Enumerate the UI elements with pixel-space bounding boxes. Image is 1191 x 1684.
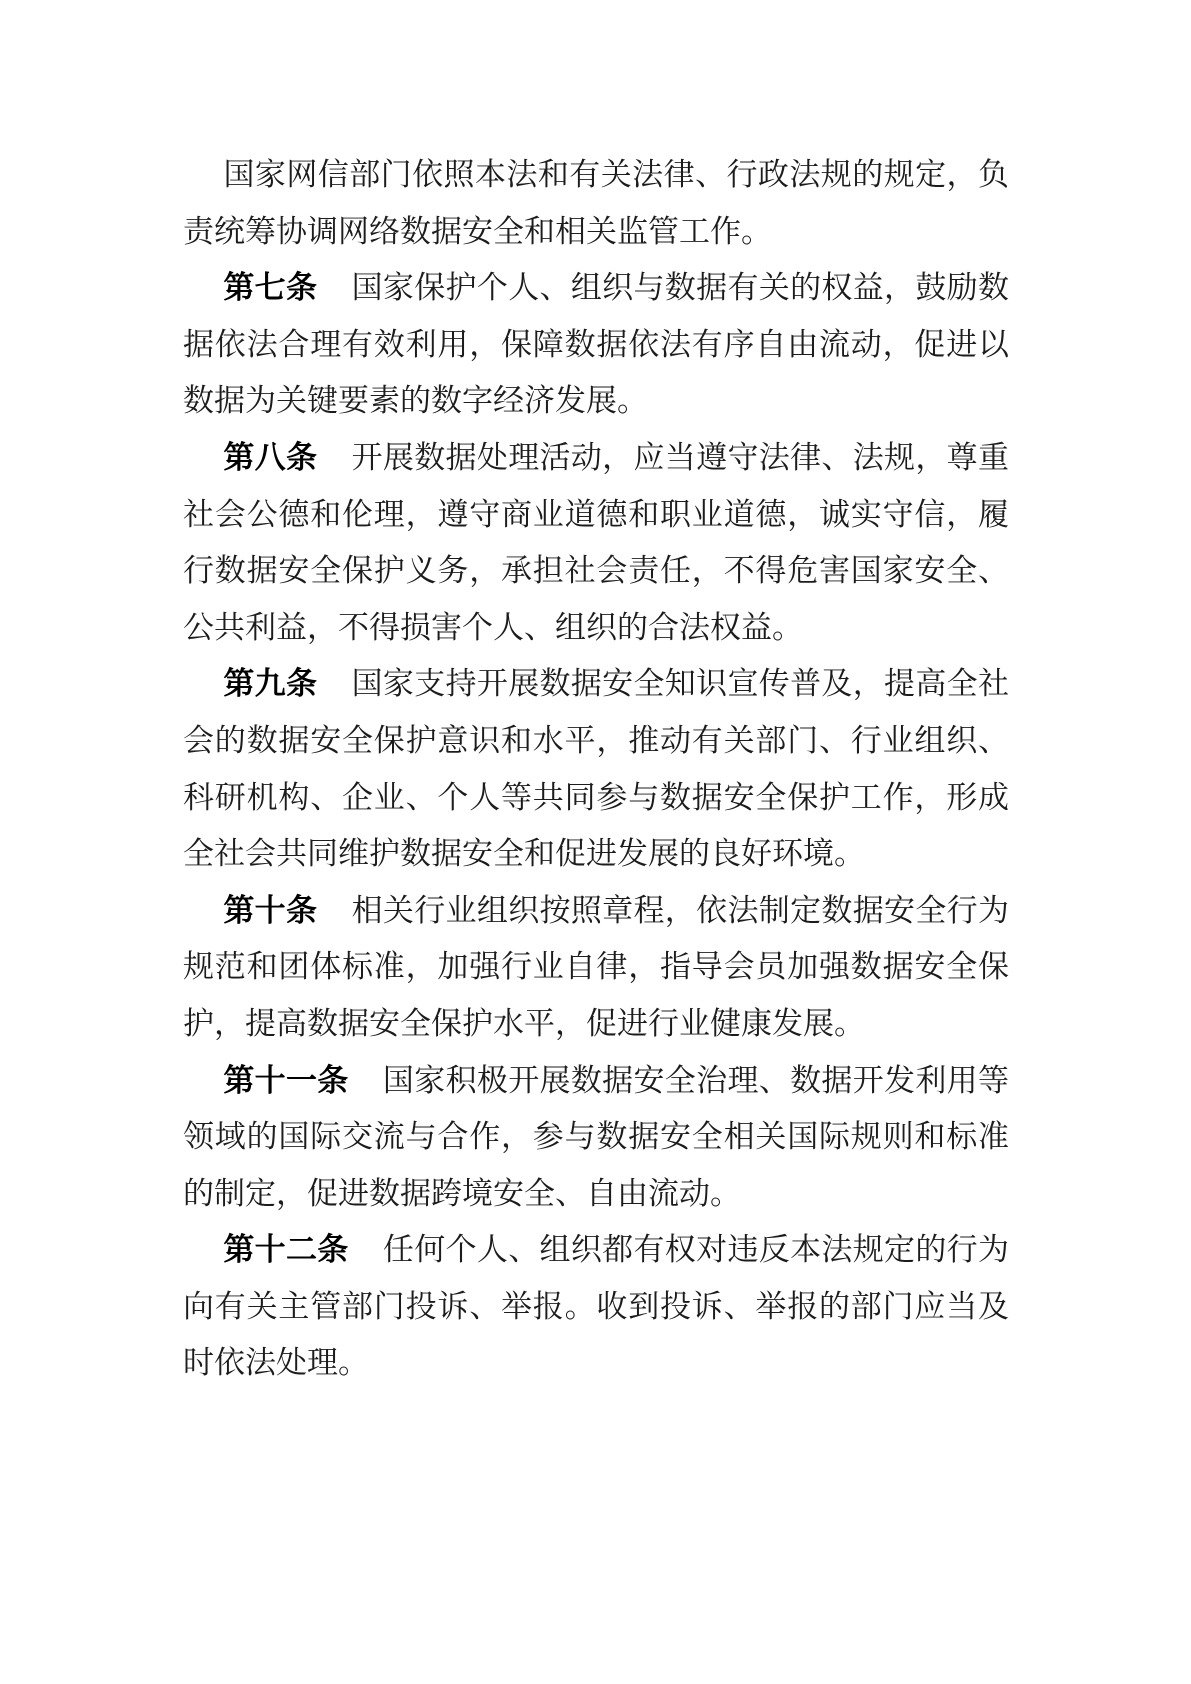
line-text: 护，提高数据安全保护水平，促进行业健康发展。 <box>183 1006 865 1041</box>
text-line: 国家网信部门依照本法和有关法律、行政法规的规定，负 <box>183 147 1009 204</box>
text-line: 向有关主管部门投诉、举报。收到投诉、举报的部门应当及 <box>183 1279 1009 1336</box>
text-line: 领域的国际交流与合作，参与数据安全相关国际规则和标准 <box>183 1109 1009 1166</box>
first-line-indent <box>183 920 223 921</box>
line-text: 科研机构、企业、个人等共同参与数据安全保护工作，形成 <box>183 780 1009 815</box>
line-text: 全社会共同维护数据安全和促进发展的良好环境。 <box>183 836 865 871</box>
line-text: 据依法合理有效利用，保障数据依法有序自由流动，促进以 <box>183 327 1009 362</box>
article-number: 第七条 <box>223 270 317 305</box>
text-line: 行数据安全保护义务，承担社会责任，不得危害国家安全、 <box>183 543 1009 600</box>
article-number-gap <box>349 1259 383 1260</box>
text-line: 公共利益，不得损害个人、组织的合法权益。 <box>183 600 1009 657</box>
text-line: 规范和团体标准，加强行业自律，指导会员加强数据安全保 <box>183 939 1009 996</box>
line-text: 数据为关键要素的数字经济发展。 <box>183 383 648 418</box>
line-text: 规范和团体标准，加强行业自律，指导会员加强数据安全保 <box>183 949 1009 984</box>
first-line-indent <box>183 184 223 185</box>
text-line: 第八条开展数据处理活动，应当遵守法律、法规，尊重 <box>183 430 1009 487</box>
text-line: 全社会共同维护数据安全和促进发展的良好环境。 <box>183 826 1009 883</box>
line-text: 国家网信部门依照本法和有关法律、行政法规的规定，负 <box>223 157 1009 192</box>
text-line: 据依法合理有效利用，保障数据依法有序自由流动，促进以 <box>183 317 1009 374</box>
article-number: 第九条 <box>223 666 317 701</box>
line-text: 时依法处理。 <box>183 1345 369 1380</box>
text-line: 会的数据安全保护意识和水平，推动有关部门、行业组织、 <box>183 713 1009 770</box>
first-line-indent <box>183 1259 223 1260</box>
first-line-indent <box>183 297 223 298</box>
line-text: 国家保护个人、组织与数据有关的权益，鼓励数 <box>351 270 1009 305</box>
line-text: 相关行业组织按照章程，依法制定数据安全行为 <box>351 893 1009 928</box>
text-line: 时依法处理。 <box>183 1335 1009 1392</box>
text-line: 科研机构、企业、个人等共同参与数据安全保护工作，形成 <box>183 770 1009 827</box>
article-number: 第八条 <box>223 440 317 475</box>
article-number-gap <box>317 467 351 468</box>
text-line: 的制定，促进数据跨境安全、自由流动。 <box>183 1166 1009 1223</box>
article-number: 第十二条 <box>223 1232 349 1267</box>
line-text: 会的数据安全保护意识和水平，推动有关部门、行业组织、 <box>183 723 1009 758</box>
line-text: 任何个人、组织都有权对违反本法规定的行为 <box>383 1232 1009 1267</box>
article-number-gap <box>317 920 351 921</box>
article-number-gap <box>317 693 351 694</box>
line-text: 国家支持开展数据安全知识宣传普及，提高全社 <box>351 666 1009 701</box>
text-line: 第九条国家支持开展数据安全知识宣传普及，提高全社 <box>183 656 1009 713</box>
line-text: 国家积极开展数据安全治理、数据开发利用等 <box>383 1063 1009 1098</box>
first-line-indent <box>183 693 223 694</box>
line-text: 开展数据处理活动，应当遵守法律、法规，尊重 <box>351 440 1009 475</box>
article-number: 第十条 <box>223 893 317 928</box>
article-number-gap <box>349 1090 383 1091</box>
line-text: 领域的国际交流与合作，参与数据安全相关国际规则和标准 <box>183 1119 1009 1154</box>
line-text: 公共利益，不得损害个人、组织的合法权益。 <box>183 610 803 645</box>
text-block: 国家网信部门依照本法和有关法律、行政法规的规定，负责统筹协调网络数据安全和相关监… <box>183 147 1009 1392</box>
document-page: 国家网信部门依照本法和有关法律、行政法规的规定，负责统筹协调网络数据安全和相关监… <box>0 0 1191 1684</box>
line-text: 行数据安全保护义务，承担社会责任，不得危害国家安全、 <box>183 553 1009 588</box>
text-line: 社会公德和伦理，遵守商业道德和职业道德，诚实守信，履 <box>183 487 1009 544</box>
text-line: 第七条国家保护个人、组织与数据有关的权益，鼓励数 <box>183 260 1009 317</box>
text-line: 第十一条国家积极开展数据安全治理、数据开发利用等 <box>183 1053 1009 1110</box>
text-line: 护，提高数据安全保护水平，促进行业健康发展。 <box>183 996 1009 1053</box>
text-line: 第十二条任何个人、组织都有权对违反本法规定的行为 <box>183 1222 1009 1279</box>
text-line: 责统筹协调网络数据安全和相关监管工作。 <box>183 204 1009 261</box>
first-line-indent <box>183 467 223 468</box>
text-line: 数据为关键要素的数字经济发展。 <box>183 373 1009 430</box>
text-line: 第十条相关行业组织按照章程，依法制定数据安全行为 <box>183 883 1009 940</box>
line-text: 责统筹协调网络数据安全和相关监管工作。 <box>183 214 772 249</box>
article-number: 第十一条 <box>223 1063 349 1098</box>
first-line-indent <box>183 1090 223 1091</box>
line-text: 向有关主管部门投诉、举报。收到投诉、举报的部门应当及 <box>183 1289 1009 1324</box>
line-text: 社会公德和伦理，遵守商业道德和职业道德，诚实守信，履 <box>183 497 1009 532</box>
article-number-gap <box>317 297 351 298</box>
line-text: 的制定，促进数据跨境安全、自由流动。 <box>183 1176 741 1211</box>
